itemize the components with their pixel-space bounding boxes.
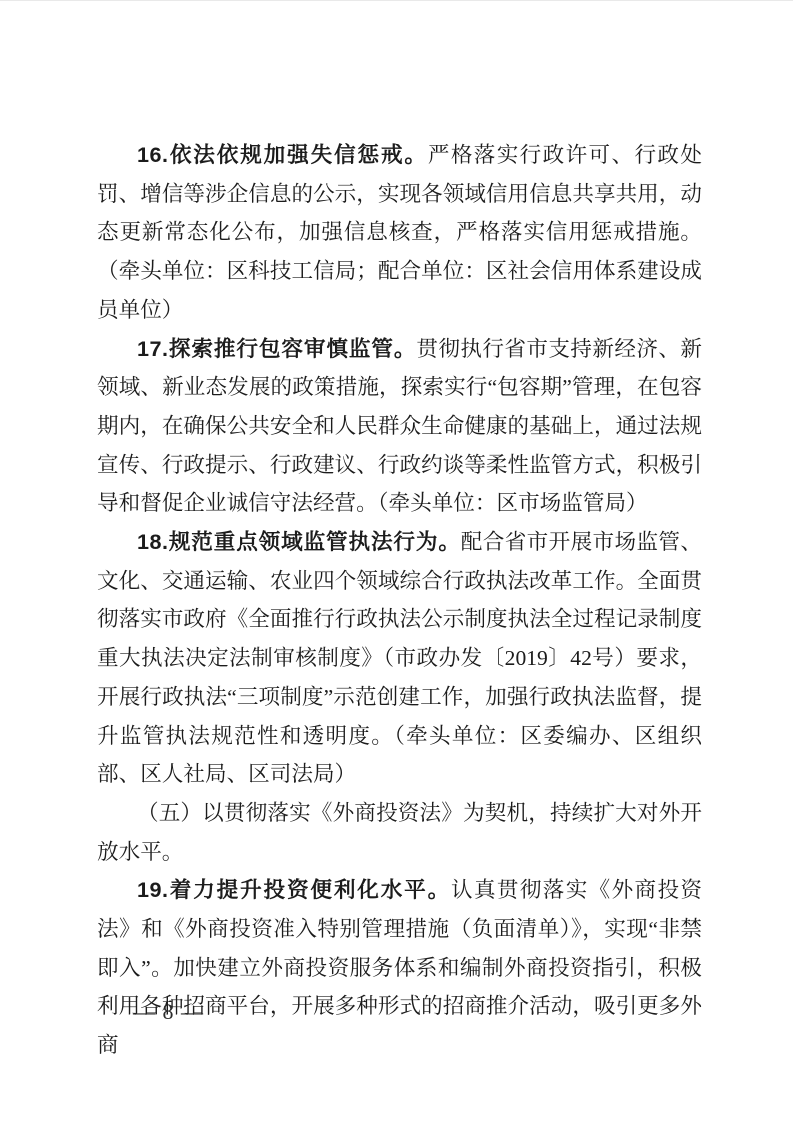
paragraph-18-body: 配合省市开展市场监管、文化、交通运输、农业四个领域综合行政执法改革工作。全面贯彻… — [97, 530, 702, 786]
paragraph-item-18: 18.规范重点领域监管执法行为。配合省市开展市场监管、文化、交通运输、农业四个领… — [97, 523, 702, 794]
paragraph-17-body: 贯彻执行省市支持新经济、新领域、新业态发展的政策措施，探索实行“包容期”管理，在… — [97, 337, 702, 516]
paragraph-19-heading: 19.着力提升投资便利化水平。 — [137, 877, 451, 902]
paragraph-18-heading: 18.规范重点领域监管执法行为。 — [137, 529, 461, 554]
page-top-edge-line — [0, 0, 793, 1]
paragraph-17-heading: 17.探索推行包容审慎监管。 — [137, 336, 416, 361]
paragraph-item-19: 19.着力提升投资便利化水平。认真贯彻落实《外商投资法》和《外商投资准入特别管理… — [97, 871, 702, 1065]
paragraph-item-16: 16.依法依规加强失信惩戒。严格落实行政许可、行政处罚、增信等涉企信息的公示，实… — [97, 136, 702, 330]
document-page: 16.依法依规加强失信惩戒。严格落实行政许可、行政处罚、增信等涉企信息的公示，实… — [0, 0, 793, 1122]
paragraph-16-heading: 16.依法依规加强失信惩戒。 — [137, 142, 428, 167]
document-text-block: 16.依法依规加强失信惩戒。严格落实行政许可、行政处罚、增信等涉企信息的公示，实… — [97, 136, 702, 1065]
paragraph-19-body: 认真贯彻落实《外商投资法》和《外商投资准入特别管理措施（负面清单）》，实现“非禁… — [97, 878, 702, 1057]
section-heading-5: （五）以贯彻落实《外商投资法》为契机，持续扩大对外开放水平。 — [97, 794, 702, 871]
paragraph-item-17: 17.探索推行包容审慎监管。贯彻执行省市支持新经济、新领域、新业态发展的政策措施… — [97, 330, 702, 524]
page-number: — 8 — — [133, 999, 204, 1025]
section-heading-5-text: （五）以贯彻落实《外商投资法》为契机，持续扩大对外开放水平。 — [97, 801, 702, 864]
paragraph-16-body: 严格落实行政许可、行政处罚、增信等涉企信息的公示，实现各领域信用信息共享共用，动… — [97, 143, 702, 322]
